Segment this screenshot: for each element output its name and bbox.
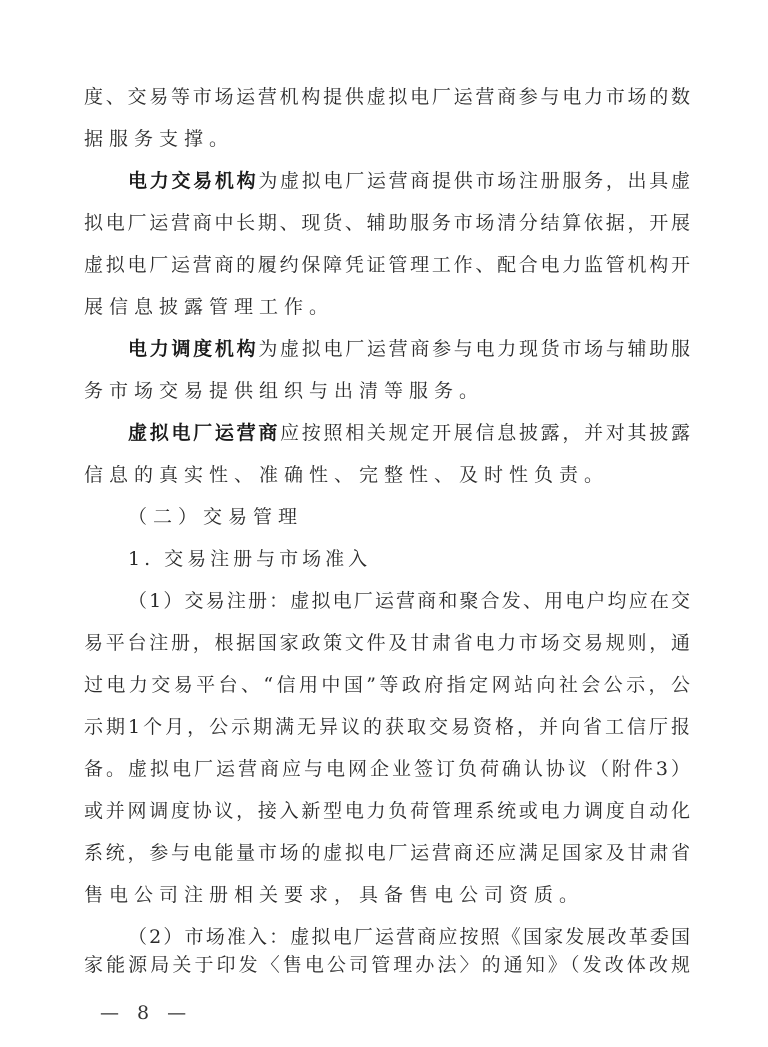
bold-term: 电力调度机构 <box>128 338 258 360</box>
paragraph-line: 据服务支撑。 <box>84 124 690 154</box>
paragraph-line: 务市场交易提供组织与出清等服务。 <box>84 376 690 406</box>
paragraph-line: 拟电厂运营商中长期、现货、辅助服务市场清分结算依据，开展 <box>84 208 690 238</box>
subsection-heading: 1. 交易注册与市场准入 <box>128 544 690 574</box>
paragraph-line: （2）市场准入：虚拟电厂运营商应按照《国家发展改革委国 <box>128 922 690 952</box>
paragraph-line: 易平台注册，根据国家政策文件及甘肃省电力市场交易规则，通 <box>84 628 690 658</box>
paragraph-line: 虚拟电厂运营商应按照相关规定开展信息披露，并对其披露 <box>128 418 690 448</box>
paragraph-line: 家能源局关于印发〈售电公司管理办法〉的通知》（发改体改规 <box>84 950 690 980</box>
section-heading: （二）交易管理 <box>128 502 690 532</box>
paragraph-line: 或并网调度协议，接入新型电力负荷管理系统或电力调度自动化 <box>84 796 690 826</box>
paragraph-line: （1）交易注册：虚拟电厂运营商和聚合发、用电户均应在交 <box>128 586 690 616</box>
page-number: — 8 — <box>100 998 192 1028</box>
line-text: 为虚拟电厂运营商提供市场注册服务，出具虚 <box>258 170 690 192</box>
paragraph-line: 备。虚拟电厂运营商应与电网企业签订负荷确认协议（附件3） <box>84 754 690 784</box>
paragraph-line: 虚拟电厂运营商的履约保障凭证管理工作、配合电力监管机构开 <box>84 250 690 280</box>
document-page: 度、交易等市场运营机构提供虚拟电厂运营商参与电力市场的数 据服务支撑。 电力交易… <box>0 0 768 1047</box>
line-text: 应按照相关规定开展信息披露，并对其披露 <box>280 422 690 444</box>
paragraph-line: 电力调度机构为虚拟电厂运营商参与电力现货市场与辅助服 <box>128 334 690 364</box>
line-text: 为虚拟电厂运营商参与电力现货市场与辅助服 <box>258 338 690 360</box>
paragraph-line: 售电公司注册相关要求，具备售电公司资质。 <box>84 880 690 910</box>
paragraph-line: 示期1个月，公示期满无异议的获取交易资格，并向省工信厅报 <box>84 712 690 742</box>
bold-term: 虚拟电厂运营商 <box>128 422 280 444</box>
paragraph-line: 系统，参与电能量市场的虚拟电厂运营商还应满足国家及甘肃省 <box>84 838 690 868</box>
paragraph-line: 过电力交易平台、“信用中国”等政府指定网站向社会公示，公 <box>84 670 690 700</box>
paragraph-line: 信息的真实性、准确性、完整性、及时性负责。 <box>84 460 690 490</box>
paragraph-line: 度、交易等市场运营机构提供虚拟电厂运营商参与电力市场的数 <box>84 82 690 112</box>
paragraph-line: 电力交易机构为虚拟电厂运营商提供市场注册服务，出具虚 <box>128 166 690 196</box>
bold-term: 电力交易机构 <box>128 170 258 192</box>
paragraph-line: 展信息披露管理工作。 <box>84 292 690 322</box>
